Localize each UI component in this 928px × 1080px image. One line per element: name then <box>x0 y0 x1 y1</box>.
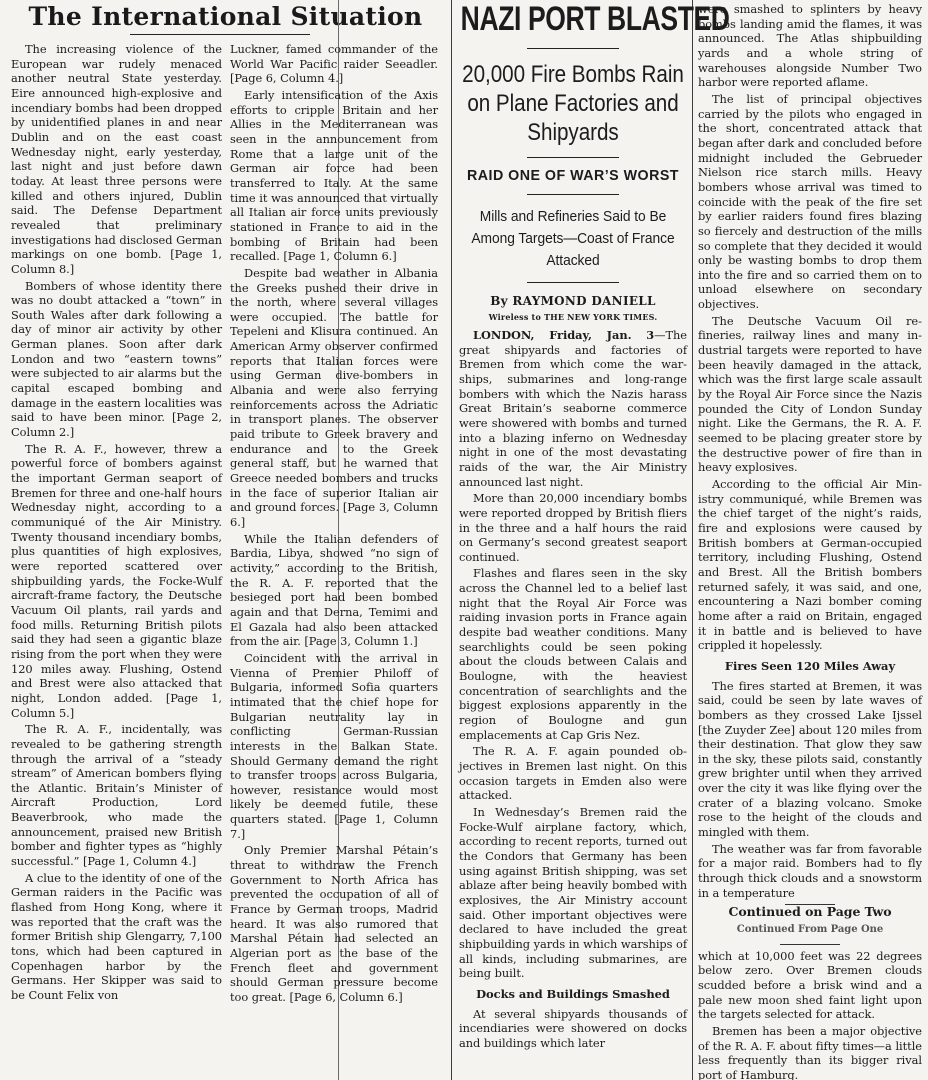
story-paragraph: The weather was far from favor­able for … <box>698 842 922 901</box>
continued-on-label: Continued on Page Two <box>698 905 922 920</box>
column-divider <box>451 0 452 1080</box>
section-masthead: The International Situation <box>0 0 451 40</box>
summary-paragraph: The R. A. F., however, threw a powerful … <box>11 442 222 720</box>
story-paragraph: In Wednesday’s Bremen raid the Focke-Wul… <box>459 805 687 981</box>
story-paragraph: The list of principal objectives carried… <box>698 92 922 312</box>
story-paragraph: At several shipyards thousands of incend… <box>459 1007 687 1051</box>
main-story-column: NAZI PORT BLASTED 20,000 Fire Bombs Rain… <box>459 0 687 1080</box>
headline-rule <box>527 48 619 49</box>
main-headline: NAZI PORT BLASTED <box>461 0 686 38</box>
summary-paragraph: Bombers of whose identity there was no d… <box>11 279 222 440</box>
story-paragraph: Bremen has been a major objec­tive of th… <box>698 1024 922 1080</box>
summary-paragraph: The increasing violence of the European … <box>11 42 222 277</box>
summary-paragraph: Coincident with the arrival in Vienna of… <box>230 651 438 842</box>
story-paragraph: The fires started at Bremen, it was said… <box>698 679 922 840</box>
headline-rule <box>527 282 619 283</box>
continuation-column: were smashed to splinters by heavy bombs… <box>698 0 922 1080</box>
summary-paragraph: A clue to the identity of one of the Ger… <box>11 871 222 1003</box>
jump-block: Continued on Page Two Continued From Pag… <box>698 904 922 944</box>
newspaper-page: The International Situation The increasi… <box>0 0 928 1080</box>
subhead-docks: Docks and Buildings Smashed <box>459 987 687 1002</box>
story-paragraph: Flashes and flares seen in the sky acros… <box>459 566 687 742</box>
section-title: The International Situation <box>0 0 451 31</box>
story-paragraph: According to the official Air Min­istry … <box>698 477 922 653</box>
continued-from-label: Continued From Page One <box>698 923 922 938</box>
story-paragraph: were smashed to splinters by heavy bombs… <box>698 2 922 90</box>
summary-column-2: Luckner, famed commander of the World Wa… <box>230 42 438 1080</box>
headline-deck-2: RAID ONE OF WAR’S WORST <box>465 169 682 184</box>
headline-block: NAZI PORT BLASTED 20,000 Fire Bombs Rain… <box>459 0 687 283</box>
title-underline <box>130 34 310 35</box>
headline-deck-3: Mills and Refineries Said to Be Among Ta… <box>459 206 687 272</box>
wire-credit: Wireless to THE NEW YORK TIMES. <box>459 310 687 325</box>
summary-paragraph: While the Italian defenders of Bardia, L… <box>230 532 438 649</box>
headline-rule <box>527 194 619 195</box>
dateline: LONDON, Friday, Jan. 3 <box>473 328 654 342</box>
summary-paragraph: Early intensification of the Axis effort… <box>230 88 438 264</box>
story-paragraph: The R. A. F. again pounded ob­jectives i… <box>459 744 687 803</box>
byline: By RAYMOND DANIELL <box>459 294 687 309</box>
summary-paragraph: The R. A. F., incidentally, was revealed… <box>11 722 222 869</box>
story-paragraph: —The great shipyards and factories of Br… <box>459 328 687 489</box>
summary-paragraph: Despite bad weather in Al­bania the Gree… <box>230 266 438 530</box>
story-paragraph: The Deutsche Vacuum Oil re­fineries, rai… <box>698 314 922 475</box>
summary-paragraph: Only Premier Marshal Pétain’s threat to … <box>230 843 438 1004</box>
column-divider <box>692 0 693 1080</box>
headline-rule <box>527 157 619 158</box>
story-paragraph: which at 10,000 feet was 22 degrees belo… <box>698 949 922 1022</box>
story-paragraph: More than 20,000 incendiary bombs were r… <box>459 491 687 564</box>
summary-column-1: The increasing violence of the European … <box>11 42 222 1080</box>
summary-paragraph: Luckner, famed commander of the World Wa… <box>230 42 438 86</box>
subhead-fires: Fires Seen 120 Miles Away <box>698 659 922 674</box>
jump-rule <box>780 944 840 945</box>
headline-deck-1: 20,000 Fire Bombs Rain on Plane Factorie… <box>458 60 688 147</box>
